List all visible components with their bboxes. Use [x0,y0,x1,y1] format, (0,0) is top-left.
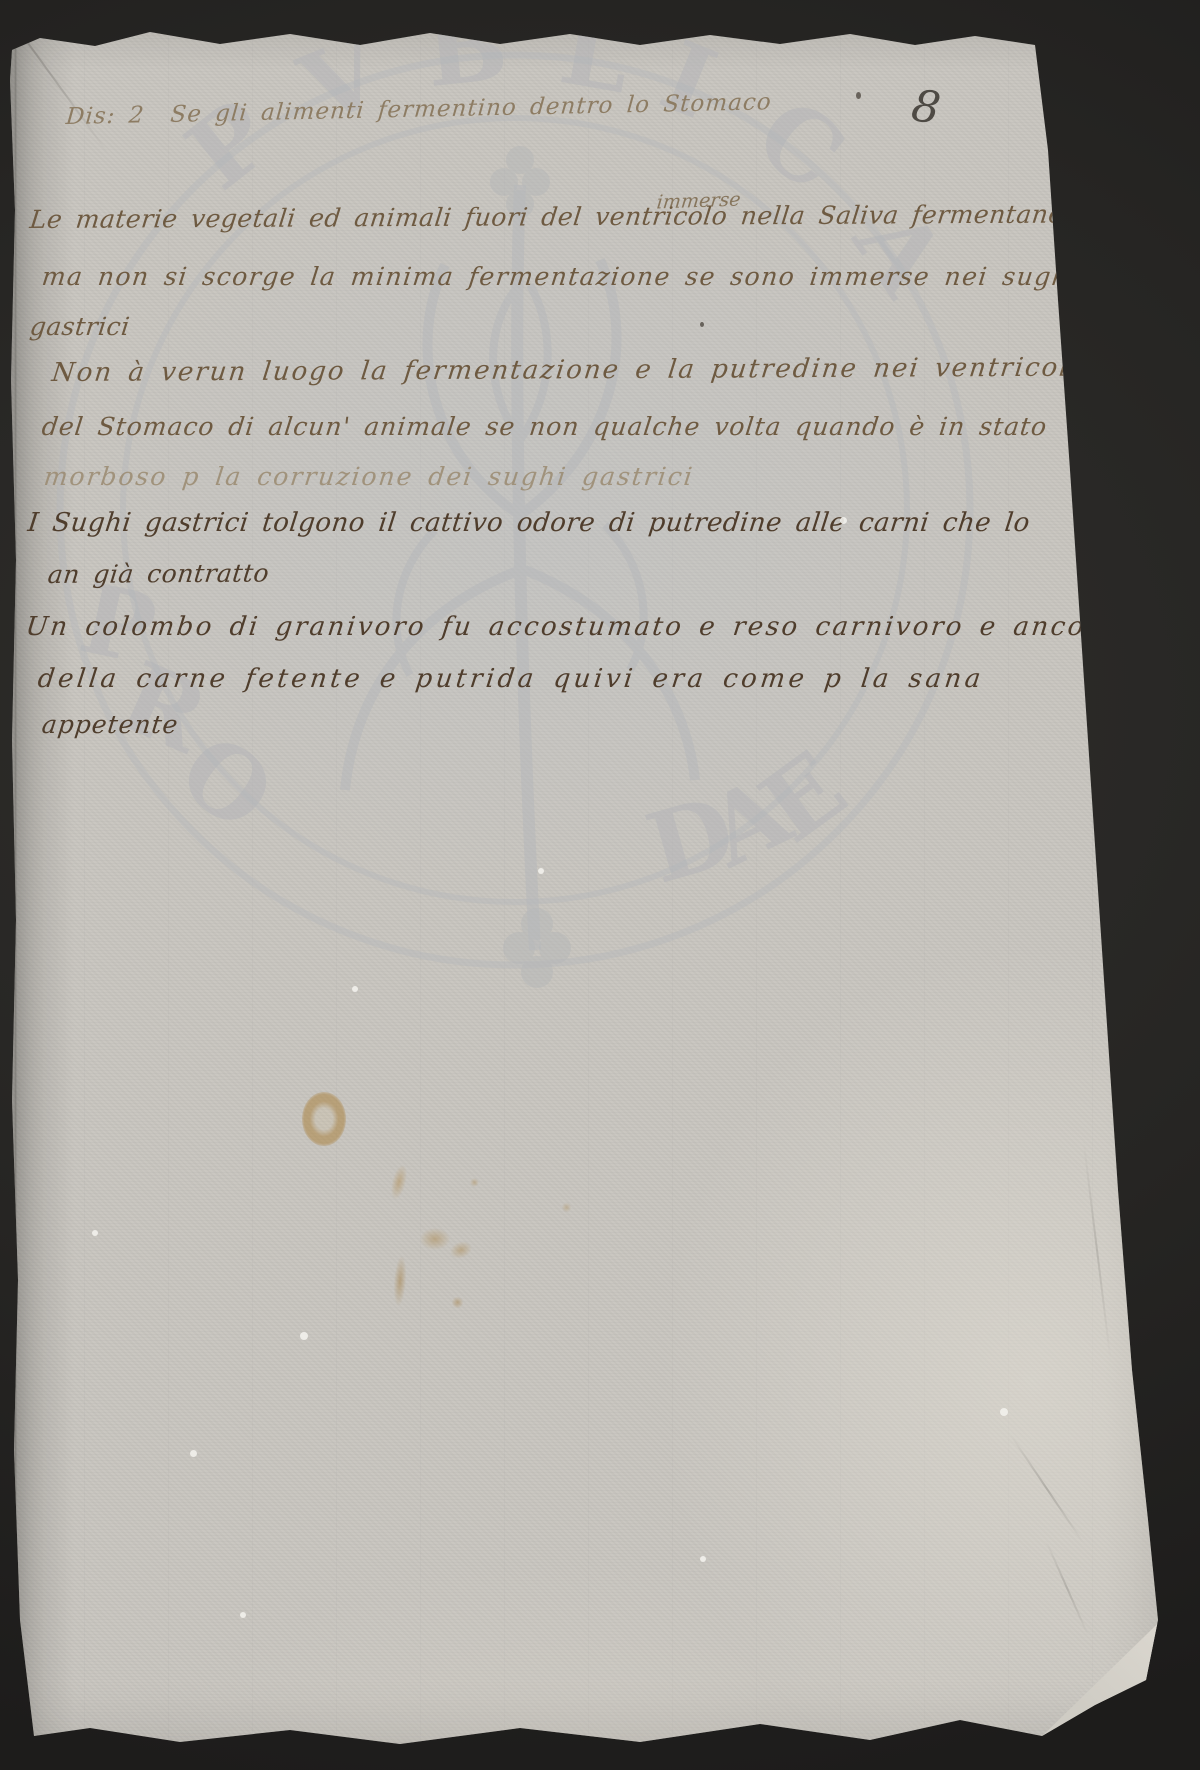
manuscript-line: I Sughi gastrici tolgono il cattivo odor… [26,508,1032,538]
foxing-stain [420,1228,450,1250]
foxing-stain [562,1202,571,1213]
manuscript-line: Non à verun luogo la fermentazione e la … [50,353,1082,388]
manuscript-line: della carne fetente e putrida quivi era … [36,664,985,694]
folded-corner [1012,1596,1162,1742]
manuscript-line: Un colombo di granivoro fu accostumato e… [24,612,1127,642]
watermark-letter: P [166,78,292,211]
paper-crease [1083,1141,1112,1360]
foxing-stain [388,1163,410,1201]
manuscript-line: appetente [40,710,180,739]
manuscript-page: P V B L I C A P R O D A E [0,0,1200,1770]
heading-prefix: Dis: 2 [65,102,146,130]
manuscript-line: del Stomaco di alcun' animale se non qua… [40,412,1049,441]
watermark-letter: V [285,13,399,147]
paper-speck [300,1332,308,1340]
paper-speck [190,1450,197,1457]
manuscript-line: morboso p la corruzione dei sughi gastri… [42,462,696,491]
paper-speck [1000,1408,1008,1416]
paper-speck [92,1230,98,1236]
paper-speck [240,1612,246,1618]
foxing-stain [448,1239,474,1262]
foxing-stain [392,1256,407,1307]
foxing-stain [302,1092,346,1146]
watermark-floral-icon [345,185,695,950]
manuscript-line: Le materie vegetali ed animali fuori del… [28,200,1065,234]
paper-speck [700,1556,706,1562]
manuscript-line: an già contratto [46,558,271,589]
manuscript-line: gastrici [28,312,131,341]
paper-crease [1010,1435,1084,1544]
paper-crease [1045,1540,1089,1636]
manuscript-line: ma non si scorge la minima fermentazione… [40,262,1081,291]
foxing-stain [470,1178,479,1187]
foxing-stain [452,1296,463,1309]
photo-background: P V B L I C A P R O D A E [0,0,1200,1770]
